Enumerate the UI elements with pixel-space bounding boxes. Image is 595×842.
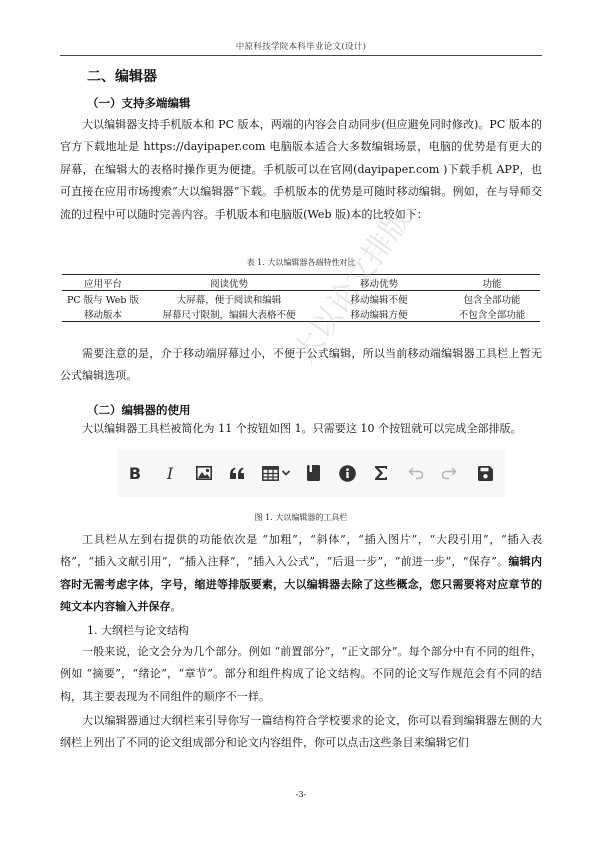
editor-toolbar-figure: B I [118, 449, 505, 497]
table-cell: PC 版与 Web 版 [62, 291, 144, 307]
image-icon [194, 463, 214, 483]
sentence-end: 。 [171, 600, 182, 613]
redo-icon [439, 463, 459, 483]
bold-icon: B [125, 463, 145, 483]
subsection-title-multi-device: （一）支持多端编辑 [87, 95, 191, 111]
figure-caption: 图 1. 大以编辑器的工具栏 [60, 512, 542, 523]
toolbar-functions-text: 工具栏从左到右提供的功能依次是 “加粗”，“斜体”，“插入图片”，“大段引用”，… [60, 533, 542, 568]
column-header: 功能 [444, 275, 540, 291]
chevron-down-icon [280, 463, 292, 483]
table-cell: 包含全部功能 [444, 291, 540, 307]
table-cell: 移动编辑方便 [314, 306, 444, 322]
sigma-icon [371, 463, 391, 483]
table-cell: 移动编辑不便 [314, 291, 444, 307]
table-cell: 移动版本 [62, 306, 144, 322]
table-cell: 屏幕尺寸限制，编辑大表格不便 [144, 306, 314, 322]
item-title-outline: 1. 大纲栏与论文结构 [87, 622, 189, 638]
paragraph-thesis-structure: 一般来说，论文会分为几个部分。例如 “前置部分”，“正文部分”。每个部分中有不同… [60, 641, 542, 708]
info-icon [337, 463, 357, 483]
column-header: 阅读优势 [144, 275, 314, 291]
running-header: 中原科技学院本科毕业论文(设计) [60, 40, 542, 52]
italic-icon: I [160, 463, 180, 483]
paragraph-mobile-note: 需要注意的是，介于移动端屏幕过小，不便于公式编辑，所以当前移动端编辑器工具栏上暂… [60, 343, 542, 388]
book-icon [303, 463, 323, 483]
comparison-table: 应用平台 阅读优势 移动优势 功能 PC 版与 Web 版 大屏幕，便于阅读和编… [62, 274, 540, 322]
paragraph-multi-device: 大以编辑器支持手机版本和 PC 版本，两端的内容会自动同步(但应避免同时修改)。… [60, 114, 542, 226]
table-caption: 表 1. 大以编辑器各端特性对比 [60, 257, 542, 268]
svg-text:B: B [129, 465, 141, 481]
header-rule [60, 55, 542, 56]
table-header-row: 应用平台 阅读优势 移动优势 功能 [62, 275, 540, 291]
paragraph-outline-guide: 大以编辑器通过大纲栏来引导你写一篇结构符合学校要求的论文，你可以看到编辑器左侧的… [60, 710, 542, 755]
undo-icon [406, 463, 426, 483]
svg-text:I: I [166, 465, 174, 481]
document-page: 中原科技学院本科毕业论文(设计) 二、编辑器 （一）支持多端编辑 大以编辑器支持… [0, 0, 595, 842]
section-title: 二、编辑器 [87, 66, 157, 86]
table-cell: 不包含全部功能 [444, 306, 540, 322]
paragraph-toolbar-intro: 大以编辑器工具栏被简化为 11 个按钮如图 1。只需要这 10 个按钮就可以完成… [60, 418, 542, 440]
paragraph-toolbar-functions: 工具栏从左到右提供的功能依次是 “加粗”，“斜体”，“插入图片”，“大段引用”，… [60, 529, 542, 619]
column-header: 移动优势 [314, 275, 444, 291]
column-header: 应用平台 [62, 275, 144, 291]
table-cell: 大屏幕，便于阅读和编辑 [144, 291, 314, 307]
quote-icon [227, 463, 247, 483]
save-icon [475, 463, 495, 483]
page-number: -3- [60, 790, 542, 799]
subsection-title-usage: （二）编辑器的使用 [87, 402, 191, 418]
table-icon [260, 463, 280, 483]
table-row: PC 版与 Web 版 大屏幕，便于阅读和编辑 移动编辑不便 包含全部功能 [62, 291, 540, 307]
table-row: 移动版本 屏幕尺寸限制，编辑大表格不便 移动编辑方便 不包含全部功能 [62, 306, 540, 322]
